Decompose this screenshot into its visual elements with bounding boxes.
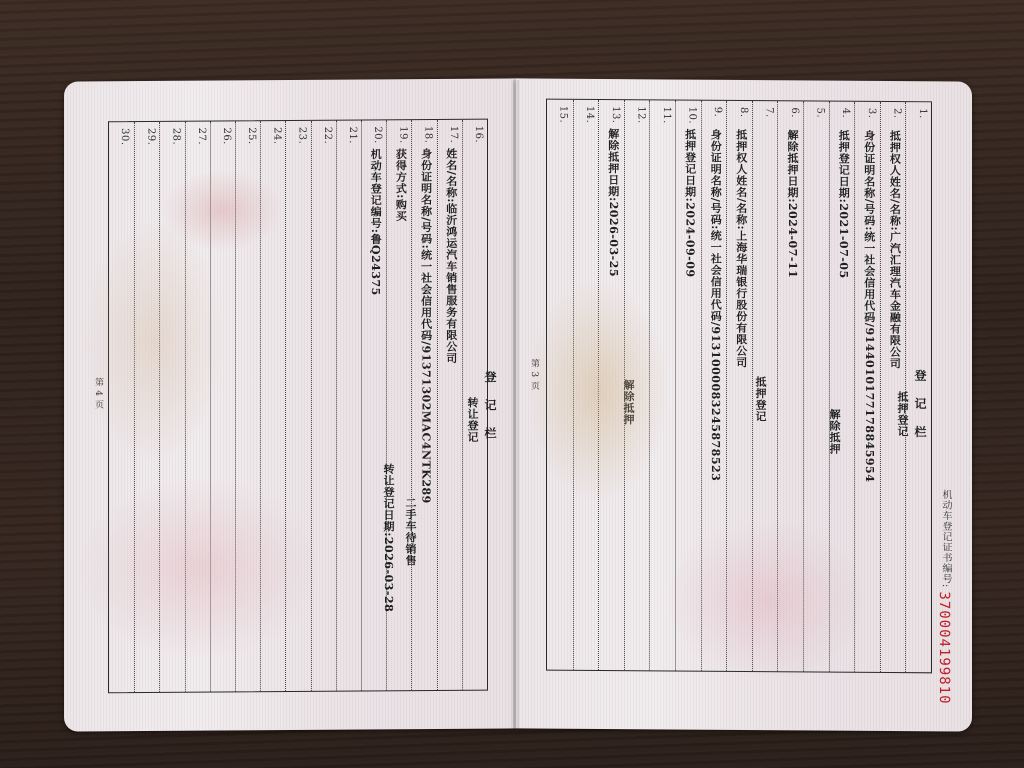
row-number: 13.: [610, 106, 621, 123]
table-row: 9.身份证明名称/号码:统一社会信用代码/913100008324587852​…: [701, 101, 728, 671]
table-row: 11.: [649, 100, 676, 670]
table-row: 15.: [547, 100, 573, 670]
row-number: 7.: [763, 107, 774, 118]
table-row: 3.身份证明名称/号码:统一社会信用代码/91440101771788459​5…: [854, 102, 881, 672]
table-row: 30.: [109, 122, 134, 692]
row-text: 解除抵押日期:2026-03-25: [605, 128, 621, 277]
transfer-date: 转让登记日期:2026-03-28: [380, 463, 396, 612]
vehicle-usage-tag: 二手车待销售: [402, 497, 418, 566]
row-text: 抵押权人姓名/名称:上海华瑞银行股份有限公司: [733, 129, 749, 368]
page-4-section-title: 登 记 栏: [482, 371, 499, 445]
table-row: 14.: [573, 100, 600, 670]
row-number: 11.: [661, 106, 672, 123]
row-number: 6.: [789, 107, 800, 118]
row-number: 16.: [473, 126, 484, 143]
table-row: 29.: [134, 122, 160, 692]
page-3-number: 第 3 页: [528, 358, 541, 390]
mortgage-registration-tag-1: 抵押登记: [894, 391, 910, 437]
row-number: 20.: [372, 126, 383, 143]
mortgage-registration-tag-2: 抵押登记: [752, 376, 768, 422]
row-number: 21.: [347, 127, 358, 144]
table-row: 27.: [185, 122, 211, 692]
row-number: 17.: [448, 126, 459, 143]
table-row: 2.抵押权人姓名/名称:广汽汇理汽车金融有限公司: [880, 102, 907, 672]
registration-certificate-booklet: 16.17.姓名/名称:临沂鸿运汽车销售服务有限公司18.身份证明名称/号码:统…: [64, 80, 972, 730]
row-number: 12.: [635, 106, 646, 123]
row-text: 获得方式:购买: [392, 148, 408, 222]
row-number: 15.: [558, 106, 569, 123]
row-text: 姓名/名称:临沂鸿运汽车销售服务有限公司: [443, 148, 459, 364]
release-mortgage-tag-1: 解除抵押: [826, 409, 842, 455]
row-text: 抵押权人姓名/名称:广汽汇理汽车金融有限公司: [886, 130, 902, 369]
row-number: 8.: [738, 107, 749, 118]
table-row: 28.: [159, 122, 185, 692]
page-4-number: 第 4 页: [92, 377, 105, 409]
table-row: 24.: [260, 121, 286, 691]
transfer-registration-tag: 转让登记: [464, 397, 480, 443]
page-3-table: 1.2.抵押权人姓名/名称:广汽汇理汽车金融有限公司3.身份证明名称/号码:统一…: [546, 99, 932, 674]
table-row: 18.身份证明名称/号码:统一社会信用代码/91371302MAC4NTK289: [411, 120, 437, 690]
table-row: 21.: [336, 120, 362, 690]
certificate-serial-label: 机动车登记证书编号:: [938, 489, 953, 587]
row-number: 14.: [584, 106, 595, 123]
row-number: 29.: [145, 128, 156, 145]
row-number: 18.: [423, 126, 434, 143]
row-text: 身份证明名称/号码:统一社会信用代码/91371302MAC4NTK289: [418, 148, 434, 504]
row-number: 23.: [297, 127, 308, 144]
table-row: 22.: [311, 121, 337, 691]
row-text: 抵押登记日期:2021-07-05: [835, 130, 851, 279]
row-number: 28.: [171, 128, 182, 145]
table-row: 10.抵押登记日期:2024-09-09: [675, 101, 702, 671]
row-text: 抵押登记日期:2024-09-09: [682, 129, 698, 278]
table-row: 5.: [803, 101, 830, 671]
row-number: 1.: [917, 108, 928, 119]
table-row: 4.抵押登记日期:2021-07-05: [829, 102, 856, 672]
row-number: 2.: [891, 108, 902, 119]
row-number: 19.: [397, 126, 408, 143]
row-number: 30.: [119, 128, 130, 145]
row-number: 3.: [866, 108, 877, 119]
table-row: 26.: [210, 121, 236, 691]
row-number: 25.: [246, 127, 257, 144]
table-row: 25.: [235, 121, 261, 691]
row-text: 机动车登记编号:鲁Q24375: [367, 148, 383, 296]
row-text: 身份证明名称/号码:统一社会信用代码/91440101771788459​54: [861, 130, 877, 483]
row-number: 9.: [712, 107, 723, 118]
row-text: 身份证明名称/号码:统一社会信用代码/913100008324587852​3: [707, 129, 723, 482]
table-row: 6.解除抵押日期:2024-07-11: [777, 101, 804, 671]
table-row: 8.抵押权人姓名/名称:上海华瑞银行股份有限公司: [726, 101, 753, 671]
row-number: 10.: [687, 107, 698, 124]
release-mortgage-tag-2: 解除抵押: [620, 379, 636, 425]
row-number: 4.: [840, 108, 851, 119]
booklet-spine: [513, 80, 519, 730]
row-text: 解除抵押日期:2024-07-11: [784, 129, 800, 278]
row-number: 5.: [815, 107, 826, 118]
row-number: 26.: [221, 127, 232, 144]
page-3-section-title: 登 记 栏: [912, 369, 929, 443]
row-number: 22.: [322, 127, 333, 144]
table-row: 23.: [285, 121, 311, 691]
page-3: 1.2.抵押权人姓名/名称:广汽汇理汽车金融有限公司3.身份证明名称/号码:统一…: [516, 78, 972, 731]
certificate-serial-number: 370004199810: [936, 591, 952, 704]
page-4: 16.17.姓名/名称:临沂鸿运汽车销售服务有限公司18.身份证明名称/号码:统…: [64, 78, 516, 731]
table-row: 17.姓名/名称:临沂鸿运汽车销售服务有限公司: [437, 120, 463, 690]
row-number: 27.: [196, 128, 207, 145]
row-number: 24.: [271, 127, 282, 144]
page-4-table: 16.17.姓名/名称:临沂鸿运汽车销售服务有限公司18.身份证明名称/号码:统…: [108, 119, 488, 694]
